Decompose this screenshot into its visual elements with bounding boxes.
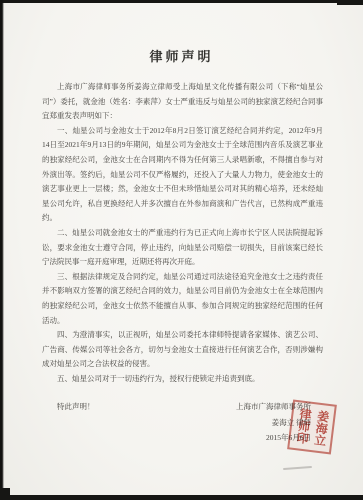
scanned-document-page: 律师声明 上海市广海律师事务所姜海立律师受上海灿星文化传播有限公司（下称“灿星公…: [0, 0, 363, 500]
paragraph-item-3: 三、根据法律规定及合同约定，灿星公司通过司法途径追究金池女士之违约责任并不影响双…: [42, 270, 323, 328]
paragraph-item-5: 五、灿星公司对于一切违约行为，授权行使锁定并追责到底。: [42, 372, 323, 387]
document-title: 律师声明: [0, 46, 363, 65]
scan-border-corner-top-right: [337, 0, 363, 5]
scan-artifact-mark: [283, 466, 312, 470]
paragraph-item-4: 四、为澄清事实，以正视听，灿星公司委托本律师特提请各家媒体、演艺公司、广告商、传…: [42, 328, 323, 372]
scan-border-top: [0, 0, 363, 3]
scan-border-corner-bottom-left: [0, 488, 10, 500]
paragraph-item-1: 一、灿星公司与金池女士于2012年8月2日签订演艺经纪合同并约定，2012年9月…: [42, 124, 323, 226]
seal-text-column-right: 姜海立: [312, 409, 329, 446]
seal-text-column-left: 律师印: [295, 407, 312, 444]
paragraph-item-2: 二、灿星公司就金池女士的严重违约行为已正式向上海市长宁区人民法院提起诉讼，要求金…: [42, 226, 323, 270]
statement-body: 上海市广海律师事务所姜海立律师受上海灿星文化传播有限公司（下称“灿星公司”）委托…: [42, 80, 323, 415]
lawyer-seal-stamp: 姜海立 律师印: [287, 400, 337, 455]
scan-border-left: [0, 0, 4, 500]
paragraph-intro: 上海市广海律师事务所姜海立律师受上海灿星文化传播有限公司（下称“灿星公司”）委托…: [42, 80, 323, 124]
scan-border-bottom: [0, 495, 363, 500]
